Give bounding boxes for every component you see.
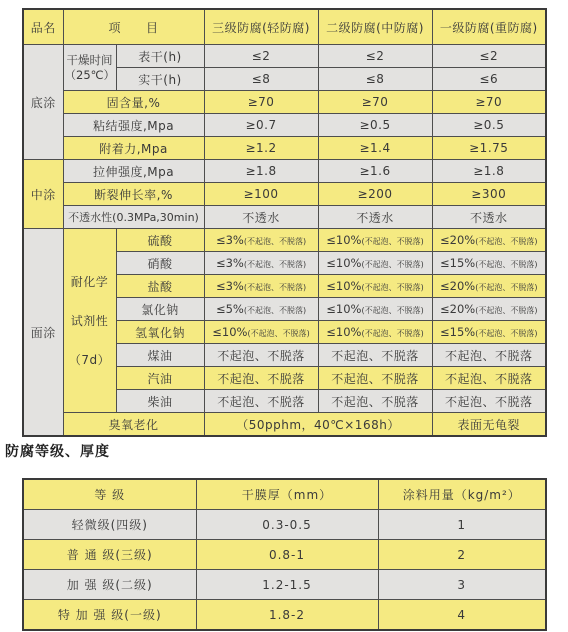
value-cell: 不起泡、不脱落 (318, 390, 432, 413)
usage-cell: 3 (378, 570, 546, 600)
section-title-grade-thickness: 防腐等级、厚度 (5, 441, 110, 461)
header-dry-film-thickness: 干膜厚（mm） (196, 479, 378, 510)
grade-cell: 特 加 强 级(一级) (23, 600, 196, 631)
row-label: 表干(h) (116, 45, 204, 68)
value-cell: 不起泡、不脱落 (318, 344, 432, 367)
value-cell: ≥0.5 (432, 114, 546, 137)
row-label-ozone: 臭氧老化 (63, 413, 204, 437)
value-cell: ≤10%(不起泡、不脱落) (318, 229, 432, 252)
thickness-cell: 1.2-1.5 (196, 570, 378, 600)
table-row: 不透水性(0.3MPa,30min) 不透水 不透水 不透水 (23, 206, 546, 229)
thickness-cell: 1.8-2 (196, 600, 378, 631)
thickness-cell: 0.3-0.5 (196, 510, 378, 540)
spec-table: 品名 项 目 三级防腐(轻防腐) 二级防腐(中防腐) 一级防腐(重防腐) 底涂 … (22, 8, 547, 437)
value-cell: ≤20%(不起泡、不脱落) (432, 298, 546, 321)
value-cell: ≤10%(不起泡、不脱落) (318, 275, 432, 298)
spec-table-header-row: 品名 项 目 三级防腐(轻防腐) 二级防腐(中防腐) 一级防腐(重防腐) (23, 9, 546, 45)
value-cell: ≥1.8 (432, 160, 546, 183)
row-label: 不透水性(0.3MPa,30min) (63, 206, 204, 229)
value-cell: 不透水 (432, 206, 546, 229)
value-cell: ≥300 (432, 183, 546, 206)
row-label: 柴油 (116, 390, 204, 413)
dry-time-line2: （25℃） (65, 68, 115, 82)
value-cell: ≤20%(不起泡、不脱落) (432, 275, 546, 298)
table-row: 中涂 拉伸强度,Mpa ≥1.8 ≥1.6 ≥1.8 (23, 160, 546, 183)
chem-label-line3: （7d） (69, 351, 110, 368)
table-row: 臭氧老化 （50pphm，40℃×168h） 表面无龟裂 (23, 413, 546, 437)
value-cell: 不起泡、不脱落 (204, 390, 318, 413)
value-cell: ≤20%(不起泡、不脱落) (432, 229, 546, 252)
value-cell: ≥1.75 (432, 137, 546, 160)
value-cell: ≥70 (204, 91, 318, 114)
group-label-primer: 底涂 (23, 45, 63, 160)
table-row: 加 强 级(二级) 1.2-1.5 3 (23, 570, 546, 600)
usage-cell: 1 (378, 510, 546, 540)
table-row: 普 通 级(三级) 0.8-1 2 (23, 540, 546, 570)
table-row: 固含量,% ≥70 ≥70 ≥70 (23, 91, 546, 114)
grade-cell: 轻微级(四级) (23, 510, 196, 540)
header-grade3: 三级防腐(轻防腐) (204, 9, 318, 45)
table-row: 粘结强度,Mpa ≥0.7 ≥0.5 ≥0.5 (23, 114, 546, 137)
value-cell: ≥0.5 (318, 114, 432, 137)
grade-cell: 普 通 级(三级) (23, 540, 196, 570)
row-label: 硝酸 (116, 252, 204, 275)
value-cell: 不起泡、不脱落 (432, 367, 546, 390)
header-grade1: 一级防腐(重防腐) (432, 9, 546, 45)
value-cell: ≥1.6 (318, 160, 432, 183)
row-label: 煤油 (116, 344, 204, 367)
value-cell: ≤8 (204, 68, 318, 91)
thickness-cell: 0.8-1 (196, 540, 378, 570)
ozone-condition-cell: （50pphm，40℃×168h） (204, 413, 432, 437)
ozone-result-cell: 表面无龟裂 (432, 413, 546, 437)
value-cell: 不起泡、不脱落 (204, 344, 318, 367)
value-cell: ≥0.7 (204, 114, 318, 137)
chemical-resistance-label: 耐化学 试剂性 （7d） (63, 229, 116, 413)
value-cell: 不起泡、不脱落 (432, 344, 546, 367)
dry-time-label: 干燥时间 （25℃） (63, 45, 116, 91)
value-cell: ≤15%(不起泡、不脱落) (432, 321, 546, 344)
value-cell: ≥1.2 (204, 137, 318, 160)
chem-label-line1: 耐化学 (71, 273, 109, 290)
value-cell: ≤2 (204, 45, 318, 68)
value-cell: ≤2 (432, 45, 546, 68)
row-label: 固含量,% (63, 91, 204, 114)
value-cell: ≤3%(不起泡、不脱落) (204, 229, 318, 252)
table-row: 轻微级(四级) 0.3-0.5 1 (23, 510, 546, 540)
value-cell: ≥1.4 (318, 137, 432, 160)
value-cell: 不起泡、不脱落 (204, 367, 318, 390)
header-product-name: 品名 (23, 9, 63, 45)
value-cell: ≤8 (318, 68, 432, 91)
row-label: 氢氧化钠 (116, 321, 204, 344)
table-row: 底涂 干燥时间 （25℃） 表干(h) ≤2 ≤2 ≤2 (23, 45, 546, 68)
value-cell: ≤6 (432, 68, 546, 91)
value-cell: ≥200 (318, 183, 432, 206)
row-label: 盐酸 (116, 275, 204, 298)
value-cell: ≤10%(不起泡、不脱落) (204, 321, 318, 344)
value-cell: ≤3%(不起泡、不脱落) (204, 252, 318, 275)
value-cell: ≥1.8 (204, 160, 318, 183)
group-label-middle: 中涂 (23, 160, 63, 229)
value-cell: ≤5%(不起泡、不脱落) (204, 298, 318, 321)
usage-cell: 4 (378, 600, 546, 631)
grade-table-header-row: 等 级 干膜厚（mm） 涂料用量（kg/m²） (23, 479, 546, 510)
header-grade2: 二级防腐(中防腐) (318, 9, 432, 45)
table-row: 面涂 耐化学 试剂性 （7d） 硫酸 ≤3%(不起泡、不脱落) ≤10%(不起泡… (23, 229, 546, 252)
header-item: 项 目 (63, 9, 204, 45)
row-label: 氯化钠 (116, 298, 204, 321)
value-cell: 不透水 (318, 206, 432, 229)
group-label-topcoat: 面涂 (23, 229, 63, 437)
value-cell: 不起泡、不脱落 (318, 367, 432, 390)
value-cell: ≤15%(不起泡、不脱落) (432, 252, 546, 275)
row-label: 附着力,Mpa (63, 137, 204, 160)
dry-time-line1: 干燥时间 (65, 53, 115, 67)
value-cell: ≤3%(不起泡、不脱落) (204, 275, 318, 298)
table-row: 附着力,Mpa ≥1.2 ≥1.4 ≥1.75 (23, 137, 546, 160)
row-label: 汽油 (116, 367, 204, 390)
chem-label-line2: 试剂性 (71, 312, 109, 329)
value-cell: 不起泡、不脱落 (432, 390, 546, 413)
table-row: 断裂伸长率,% ≥100 ≥200 ≥300 (23, 183, 546, 206)
row-label: 拉伸强度,Mpa (63, 160, 204, 183)
grade-thickness-table: 等 级 干膜厚（mm） 涂料用量（kg/m²） 轻微级(四级) 0.3-0.5 … (22, 478, 547, 631)
value-cell: ≥70 (432, 91, 546, 114)
value-cell: ≤10%(不起泡、不脱落) (318, 321, 432, 344)
value-cell: ≥70 (318, 91, 432, 114)
value-cell: ≤10%(不起泡、不脱落) (318, 298, 432, 321)
value-cell: ≤2 (318, 45, 432, 68)
value-cell: ≥100 (204, 183, 318, 206)
row-label: 硫酸 (116, 229, 204, 252)
row-label: 实干(h) (116, 68, 204, 91)
grade-cell: 加 强 级(二级) (23, 570, 196, 600)
value-cell: 不透水 (204, 206, 318, 229)
table-row: 特 加 强 级(一级) 1.8-2 4 (23, 600, 546, 631)
header-coating-usage: 涂料用量（kg/m²） (378, 479, 546, 510)
row-label: 粘结强度,Mpa (63, 114, 204, 137)
row-label: 断裂伸长率,% (63, 183, 204, 206)
usage-cell: 2 (378, 540, 546, 570)
header-grade: 等 级 (23, 479, 196, 510)
value-cell: ≤10%(不起泡、不脱落) (318, 252, 432, 275)
